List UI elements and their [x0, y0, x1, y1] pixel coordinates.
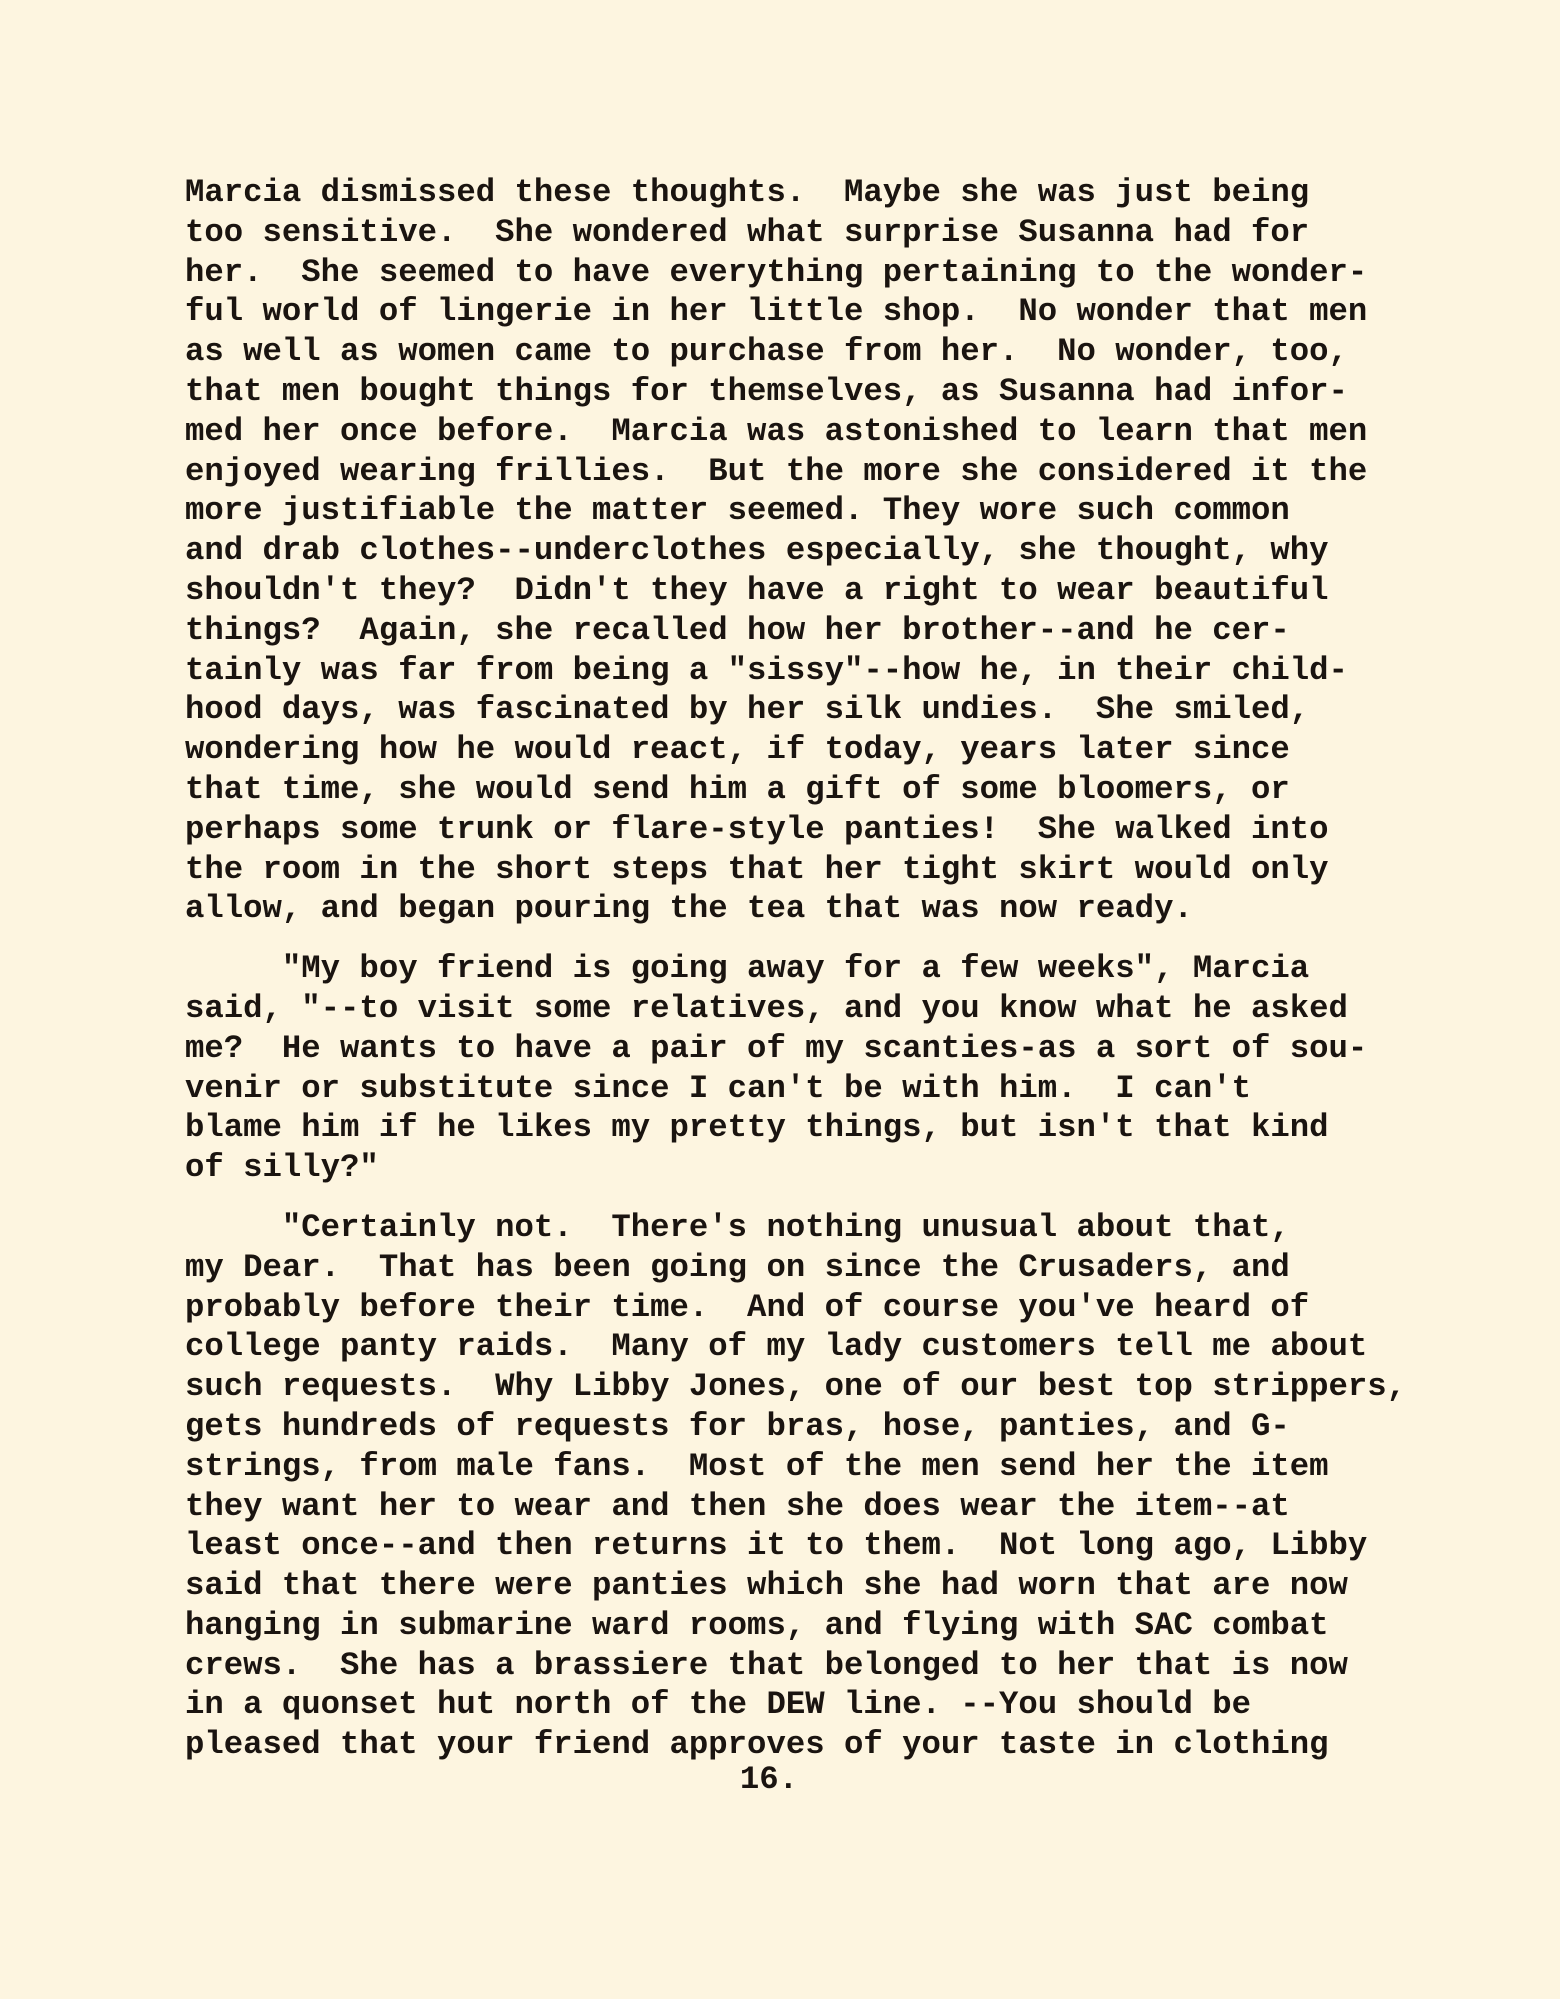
- text-line: more justifiable the matter seemed. They…: [185, 491, 1485, 531]
- text-line: Marcia dismissed these thoughts. Maybe s…: [185, 173, 1485, 213]
- text-line: such requests. Why Libby Jones, one of o…: [185, 1367, 1485, 1407]
- text-line: ful world of lingerie in her little shop…: [185, 292, 1485, 332]
- text-line: shouldn't they? Didn't they have a right…: [185, 571, 1485, 611]
- text-line: least once--and then returns it to them.…: [185, 1526, 1485, 1566]
- text-line: gets hundreds of requests for bras, hose…: [185, 1407, 1485, 1447]
- text-line: they want her to wear and then she does …: [185, 1487, 1485, 1527]
- text-line: in a quonset hut north of the DEW line. …: [185, 1685, 1485, 1725]
- text-line: "Certainly not. There's nothing unusual …: [185, 1208, 1485, 1248]
- text-line: my Dear. That has been going on since th…: [185, 1248, 1485, 1288]
- text-line: hanging in submarine ward rooms, and fly…: [185, 1606, 1485, 1646]
- text-line: crews. She has a brassiere that belonged…: [185, 1646, 1485, 1686]
- typewritten-body: Marcia dismissed these thoughts. Maybe s…: [185, 173, 1485, 1785]
- text-line: things? Again, she recalled how her brot…: [185, 611, 1485, 651]
- text-line: venir or substitute since I can't be wit…: [185, 1069, 1485, 1109]
- text-line: probably before their time. And of cours…: [185, 1288, 1485, 1328]
- page-number-text: 16.: [740, 1760, 798, 1800]
- text-line: allow, and began pouring the tea that wa…: [185, 889, 1485, 929]
- paragraph-3: "Certainly not. There's nothing unusual …: [185, 1208, 1485, 1765]
- text-line: said that there were panties which she h…: [185, 1566, 1485, 1606]
- text-line: strings, from male fans. Most of the men…: [185, 1447, 1485, 1487]
- text-line: the room in the short steps that her tig…: [185, 850, 1485, 890]
- text-line: as well as women came to purchase from h…: [185, 332, 1485, 372]
- text-line: blame him if he likes my pretty things, …: [185, 1108, 1485, 1148]
- text-line: too sensitive. She wondered what surpris…: [185, 213, 1485, 253]
- text-line: her. She seemed to have everything perta…: [185, 253, 1485, 293]
- text-line: that men bought things for themselves, a…: [185, 372, 1485, 412]
- text-line: "My boy friend is going away for a few w…: [185, 949, 1485, 989]
- paragraph-2: "My boy friend is going away for a few w…: [185, 949, 1485, 1188]
- paragraph-1: Marcia dismissed these thoughts. Maybe s…: [185, 173, 1485, 929]
- text-line: of silly?": [185, 1148, 1485, 1188]
- text-line: said, "--to visit some relatives, and yo…: [185, 989, 1485, 1029]
- text-line: and drab clothes--underclothes especiall…: [185, 531, 1485, 571]
- text-line: me? He wants to have a pair of my scanti…: [185, 1029, 1485, 1069]
- page-number: 16.: [0, 1760, 1560, 1800]
- text-line: that time, she would send him a gift of …: [185, 770, 1485, 810]
- text-line: med her once before. Marcia was astonish…: [185, 412, 1485, 452]
- text-line: tainly was far from being a "sissy"--how…: [185, 651, 1485, 691]
- text-line: enjoyed wearing frillies. But the more s…: [185, 452, 1485, 492]
- document-page: Marcia dismissed these thoughts. Maybe s…: [0, 0, 1560, 1999]
- text-line: perhaps some trunk or flare-style pantie…: [185, 810, 1485, 850]
- text-line: hood days, was fascinated by her silk un…: [185, 690, 1485, 730]
- text-line: college panty raids. Many of my lady cus…: [185, 1327, 1485, 1367]
- text-line: wondering how he would react, if today, …: [185, 730, 1485, 770]
